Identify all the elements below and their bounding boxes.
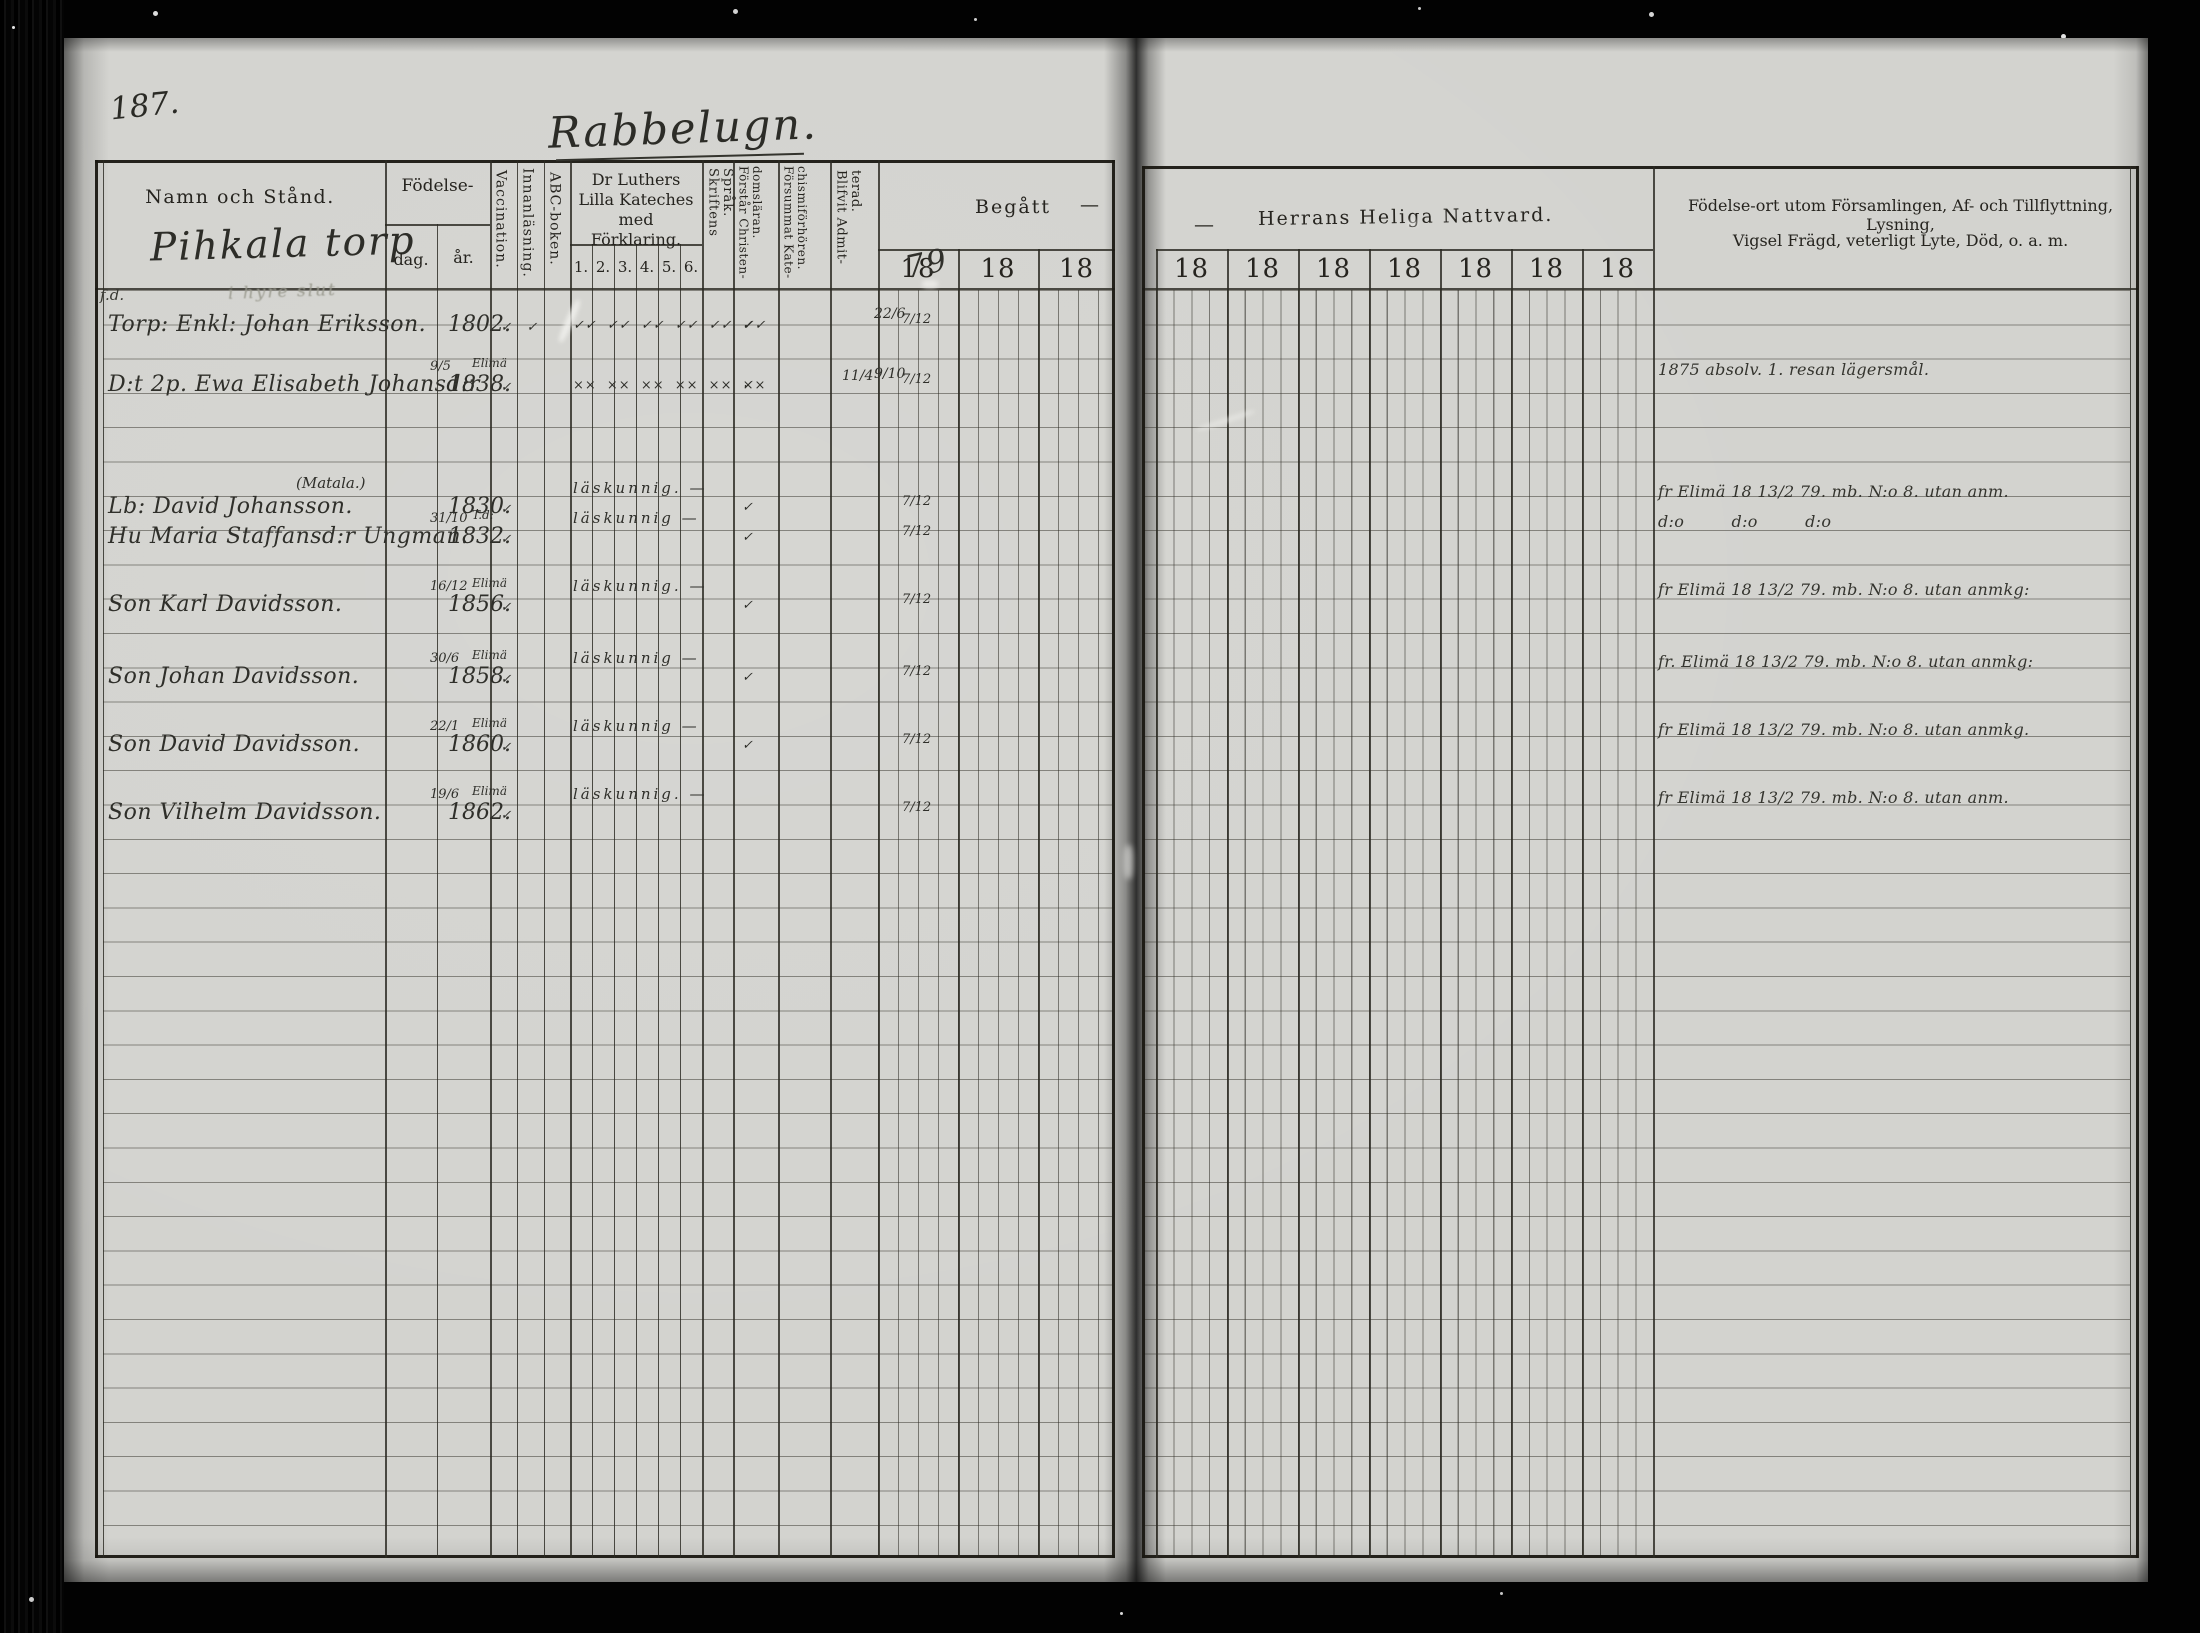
row-vaccination-mark: ✓ [494, 380, 518, 395]
row-catechism-marks: läskunnig. — [573, 785, 707, 803]
row-communion-date-1: 9/10 [874, 366, 905, 382]
row-communion-date-2: 7/12 [902, 494, 931, 509]
grid-line [437, 224, 438, 1558]
row-catechism-marks: läskunnig — [573, 717, 700, 735]
row-margin-note: fr. Elimä 18 13/2 79. mb. N:o 8. utan an… [1658, 652, 2033, 671]
row-communion-date-2: 7/12 [902, 312, 931, 327]
grid-line [103, 160, 104, 1558]
grid-line [592, 244, 593, 1558]
row-reading-mark: ✓ [520, 320, 544, 335]
row-birthplace-note: Elimä [472, 716, 507, 730]
row-birthplace-note: Elimä [472, 576, 507, 590]
grid-line [1369, 249, 1371, 1558]
row-catechism-marks: läskunnig. — [573, 479, 707, 497]
column-header-reading: Innanläsning. [519, 168, 544, 288]
row-communion-date-2: 7/12 [902, 372, 931, 387]
grid-line [385, 160, 387, 1558]
grid-line [95, 160, 1115, 163]
row-name-and-status: Son Johan Davidsson. [108, 664, 359, 689]
begatt-dash: — [1080, 194, 1099, 216]
row-margin-note: fr Elimä 18 13/2 79. mb. N:o 8. utan anm… [1658, 482, 2009, 501]
year-column-label: 18 [1156, 254, 1227, 284]
grid-line [1112, 160, 1115, 1558]
row-vaccination-mark: ✓ [494, 532, 518, 547]
year-column-label: 18 [1369, 254, 1440, 284]
row-understands-mark: ✓ [742, 318, 753, 333]
row-note-above: (Matala.) [296, 474, 366, 492]
column-header-missed-exam: Försummat Kate-chismiförhören. [781, 166, 830, 288]
grid-line [95, 160, 98, 1558]
grid-line [614, 244, 615, 1558]
row-name-and-status: Son David Davidsson. [108, 732, 360, 757]
row-catechism-marks: läskunnig. — [573, 577, 707, 595]
film-edge-strip [0, 0, 64, 1633]
grid-line [1653, 166, 1655, 1558]
grid-line [1156, 249, 1653, 251]
grid-line [1038, 249, 1040, 1558]
grid-line [2136, 166, 2139, 1558]
grid-line [544, 160, 545, 1558]
row-understands-mark: ✓ [742, 670, 753, 685]
scanned-register-page: 187. Rabbelugn. Pihkala torp f.d. i hyre… [0, 0, 2200, 1633]
row-margin-note: fr Elimä 18 13/2 79. mb. N:o 8. utan anm… [1658, 788, 2009, 807]
column-header-birth-year: år. [437, 248, 490, 267]
row-name-and-status: Torp: Enkl: Johan Eriksson. [108, 312, 426, 337]
year-column-label: 18 [1227, 254, 1298, 284]
section-heading-handwritten: Pihkala torp [149, 219, 416, 271]
row-vaccination-mark: ✓ [494, 740, 518, 755]
row-communion-date-2: 7/12 [902, 800, 931, 815]
column-header-birth: Födelse- [385, 176, 490, 196]
year-subcolumn-ticks-left [878, 290, 1115, 1556]
column-header-admitted: Blifvit Admit-terad. [833, 170, 878, 288]
catechism-subcol: 3. [614, 258, 636, 276]
row-margin-note: fr Elimä 18 13/2 79. mb. N:o 8. utan anm… [1658, 720, 2029, 739]
grid-line [1582, 249, 1584, 1558]
grid-line [733, 160, 735, 1558]
row-understands-mark: ✓ [742, 598, 753, 613]
row-admitted-date: 11/4 [842, 368, 873, 384]
row-name-and-status: Son Vilhelm Davidsson. [108, 800, 381, 825]
grid-line [636, 244, 637, 1558]
row-communion-date-2: 7/12 [902, 524, 931, 539]
grid-line [958, 249, 960, 1558]
year-column-label: 18 [958, 254, 1038, 284]
grid-line [1142, 166, 2138, 169]
catechism-subcol: 2. [592, 258, 614, 276]
column-header-name: Namn och Stånd. [95, 186, 385, 208]
year-column-label: 18 [1038, 254, 1115, 284]
row-vaccination-mark: ✓ [494, 600, 518, 615]
grid-line [702, 160, 704, 1558]
row-vaccination-mark: ✓ [494, 808, 518, 823]
year-subcolumn-ticks-right [1156, 290, 1653, 1556]
row-communion-date-2: 7/12 [902, 592, 931, 607]
grid-line [1142, 288, 2138, 290]
column-header-birth-day: dag. [385, 250, 437, 269]
year-column-label: 18 [1440, 254, 1511, 284]
grid-line [95, 1555, 1115, 1558]
column-header-vaccination: Vaccination. [492, 170, 517, 288]
grid-line [570, 160, 572, 1558]
grid-line [658, 244, 659, 1558]
page-number: 187. [108, 84, 180, 127]
row-name-and-status: Hu Maria Staffansd:r Ungman. [108, 524, 468, 549]
year-column-label: 18 [1298, 254, 1369, 284]
row-birthplace-note: Elimä [472, 356, 507, 370]
row-birthplace-note: Elimä [472, 648, 507, 662]
column-header-script-language: Skriftens Språk. [705, 168, 733, 288]
row-understands-mark: ✓ [742, 500, 753, 515]
row-understands-mark: ✓ [742, 530, 753, 545]
row-vaccination-mark: ✓ [494, 672, 518, 687]
column-header-notes-line1: Födelse-ort utom Församlingen, Af- och T… [1661, 196, 2140, 234]
pencil-margin-note: i hyre slut [228, 280, 338, 304]
grid-line [680, 244, 681, 1558]
scan-blotch [1408, 220, 1418, 226]
row-communion-date-1: 22/6 [874, 306, 905, 322]
grid-line [1511, 249, 1513, 1558]
row-catechism-marks: ✓✓ ✓✓ ✓✓ ✓✓ ✓✓ ✓✓ [573, 318, 766, 333]
row-understands-mark: ✓ [742, 378, 753, 393]
communion-dash: — [1194, 212, 1214, 236]
column-header-abc-book: ABC-boken. [546, 172, 570, 288]
column-header-communion: Herrans Heliga Nattvard. [1258, 204, 1554, 230]
row-margin-note: fr Elimä 18 13/2 79. mb. N:o 8. utan anm… [1658, 580, 2030, 599]
catechism-subcol: 4. [636, 258, 658, 276]
row-birthplace-note: Elimä [472, 784, 507, 798]
grid-line [517, 160, 518, 1558]
column-header-catechism: Dr Luthers Lilla Kateches med Förklaring… [572, 170, 700, 250]
column-header-understands-christianity: Förstår Christen-domsläran. [736, 166, 778, 288]
grid-line [830, 160, 832, 1558]
row-communion-date-2: 7/12 [902, 664, 931, 679]
catechism-subcol: 1. [570, 258, 592, 276]
column-header-notes-line2: Vigsel Frägd, veterligt Lyte, Död, o. a.… [1661, 231, 2140, 250]
village-title-handwritten: Rabbelugn. [547, 99, 818, 158]
row-vaccination-mark: ✓ [494, 502, 518, 517]
grid-line [1298, 249, 1300, 1558]
year-column-label: 18 [1582, 254, 1653, 284]
row-vaccination-mark: ✓ [494, 320, 518, 335]
row-catechism-marks: ×× ×× ×× ×× ×× ×× [573, 378, 766, 393]
grid-line [1440, 249, 1442, 1558]
grid-line [778, 160, 780, 1558]
scan-dust-specks [12, 26, 15, 29]
row-name-and-status: Lb: David Johansson. [108, 494, 353, 519]
row-margin-note: 1875 absolv. 1. resan lägersmål. [1658, 360, 1929, 379]
row-birthplace-note: T.d: [472, 508, 494, 522]
row-communion-date-2: 7/12 [902, 732, 931, 747]
scan-blotch [1124, 845, 1133, 879]
row-catechism-marks: läskunnig — [573, 649, 700, 667]
grid-line [2130, 166, 2131, 1558]
row-name-and-status: D:t 2p. Ewa Elisabeth Johansd:r [108, 372, 480, 397]
scan-blotch [922, 280, 938, 288]
ink-margin-note: f.d. [100, 286, 124, 304]
grid-line [1227, 249, 1229, 1558]
row-margin-note: d:o d:o d:o [1658, 512, 1831, 531]
row-name-and-status: Son Karl Davidsson. [108, 592, 342, 617]
grid-line [1142, 1555, 2138, 1558]
catechism-subcol: 5. [658, 258, 680, 276]
year-column-label: 18 [1511, 254, 1582, 284]
column-header-begatt: Begått [975, 196, 1051, 218]
catechism-subcol: 6. [680, 258, 702, 276]
row-understands-mark: ✓ [742, 738, 753, 753]
grid-line [1156, 249, 1158, 1558]
grid-line [1142, 166, 1145, 1558]
row-catechism-marks: läskunnig — [573, 509, 700, 527]
